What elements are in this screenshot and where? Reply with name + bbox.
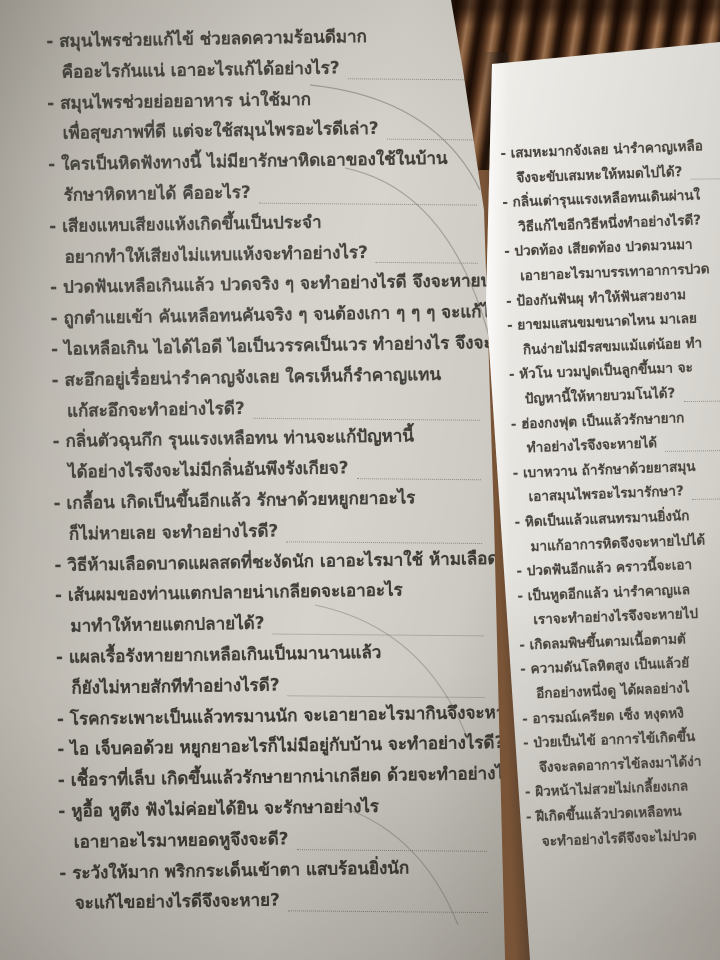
question-text: ก็ยังไม่หายสักทีทำอย่างไรดี? [71, 670, 280, 704]
question-line: - สะอึกอยู่เรื่อยน่ารำคาญจังเลย ใครเห็นก… [51, 359, 479, 397]
question-line: - เกิดลมพิษขึ้นตามเนื้อตามตั [519, 621, 720, 658]
question-line: - โรคกระเพาะเป็นแล้วทรมานนัก จะเอายาอะไร… [57, 698, 485, 736]
fill-in-line [253, 418, 480, 421]
question-text: เราจะทำอย่างไรจึงจะหายไป [533, 602, 699, 633]
question-text: - เสมหะมากจังเลย น่ารำคาญเหลือ [500, 134, 703, 166]
question-text: - กลิ่นตัวฉุนกึก รุนแรงเหลือทน ท่านจะแก้… [52, 422, 414, 458]
question-text: - ป่วยเป็นไข้ อาการไข้เกิดขึ้น [523, 725, 696, 756]
question-line: รักษาหิดหายได้ คืออะไร? [48, 174, 476, 212]
question-line: - ความดันโลหิตสูง เป็นแล้วยั [520, 645, 720, 682]
question-text: ได้อย่างไรจึงจะไม่มีกลิ่นอันพึงรังเกียจ? [68, 453, 349, 488]
question-text: เอาสมุนไพรอะไรมารักษา? [528, 480, 684, 511]
question-line: เราจะทำอย่างไรจึงจะหายไป [518, 596, 720, 633]
question-text: - ปวดฟันอีกแล้ว คราวนี้จะเอา [516, 553, 693, 584]
question-text: - สมุนไพรช่วยย่อยอาหาร น่าใช้มาก [47, 84, 311, 119]
question-line: - ไอเหลือเกิน ไอได้ไอดี ไอเป็นวรรคเป็นเว… [51, 328, 479, 366]
question-text: - ระวังให้มาก พริกกระเด็นเข้าตา แสบร้อนย… [59, 853, 409, 889]
question-text: อยากทำให้เสียงไม่แหบแห้งจะทำอย่างไร? [64, 238, 368, 274]
question-text: เอายาอะไรมาหยอดหูจึงจะดี? [74, 824, 289, 858]
left-page: - สมุนไพรช่วยแก้ไข้ ช่วยลดความร้อนดีมากค… [0, 0, 508, 960]
question-text: เอายาอะไรมาบรรเทาอาการปวด [520, 257, 710, 289]
question-line: - ระวังให้มาก พริกกระเด็นเข้าตา แสบร้อนย… [59, 852, 487, 890]
question-line: - ฮ่องกงฟุต เป็นแล้วรักษายาก [510, 400, 720, 437]
question-line: แก้สะอึกจะทำอย่างไรดี? [52, 390, 480, 428]
question-text: วิธีแก้ไขอีกวิธีหนึ่งทำอย่างไรดี? [518, 208, 702, 240]
question-line: - ปวดฟันเหลือเกินแล้ว ปวดจริง ๆ จะทำอย่า… [50, 267, 478, 305]
fill-in-line [376, 262, 478, 264]
question-text: - แผลเรื้อรังหายยากเหลือเกินเป็นมานานแล้… [56, 638, 382, 674]
page-curve-lines [310, 40, 510, 940]
question-line: - ป้องกันฟันผุ ทำให้ฟันสวยงาม [506, 277, 720, 314]
question-text: - สมุนไพรช่วยแก้ไข้ ช่วยลดความร้อนดีมาก [46, 22, 367, 58]
question-text: - เส้นผมของท่านแตกปลายน่าเกลียดจะเอาอะไร [55, 576, 403, 612]
left-page-question-list: - สมุนไพรช่วยแก้ไข้ ช่วยลดความร้อนดีมากค… [46, 20, 488, 920]
question-line: ปัญหานี้ให้หายบวมโนได้? [509, 375, 720, 412]
question-line: มาแก้อาการหิดจึงจะหายไปได้ [515, 523, 720, 560]
question-text: - กลิ่นเต่ารุนแรงเหลือทนเดินผ่านใ [502, 184, 701, 216]
question-text: - หูอื้อ หูตึง ฟังไม่ค่อยได้ยิน จะรักษาอ… [58, 792, 379, 828]
question-line: ก็ไม่หายเลย จะทำอย่างไรดี? [54, 513, 482, 551]
question-text: - ปวดท้อง เสียดท้อง ปวดมวนมา [504, 233, 693, 265]
question-text: - ป้องกันฟันผุ ทำให้ฟันสวยงาม [506, 283, 687, 314]
fill-in-line [273, 633, 484, 636]
question-line: คืออะไรกันแน่ เอาอะไรแก้ได้อย่างไร? [46, 51, 474, 89]
fill-in-line [288, 695, 485, 698]
question-text: ก็ไม่หายเลย จะทำอย่างไรดี? [69, 516, 279, 550]
question-text: - หิดเป็นแล้วแสนทรมานยิ่งนัก [514, 504, 690, 535]
question-line: เอายาอะไรมาบรรเทาอาการปวด [505, 252, 720, 289]
question-text: - ไอ เจ็บคอด้วย หยูกยาอะไรก็ไม่มีอยู่กับ… [57, 728, 505, 766]
question-text: - ฮ่องกงฟุต เป็นแล้วรักษายาก [510, 406, 684, 437]
question-text: - เกิดลมพิษขึ้นตามเนื้อตามตั [519, 627, 686, 658]
question-text: คืออะไรกันแน่ เอาอะไรแก้ได้อย่างไร? [61, 53, 339, 88]
question-line: กินง่ายไม่มีรสขมแม้แต่น้อย ทำ [508, 326, 720, 363]
fill-in-line [387, 139, 476, 141]
question-line: วิธีแก้ไขอีกวิธีหนึ่งทำอย่างไรดี? [503, 203, 720, 240]
question-line: - สมุนไพรช่วยย่อยอาหาร น่าใช้มาก [47, 82, 475, 120]
fill-in-line [357, 478, 481, 480]
question-text: - เชื้อราที่เล็บ เกิดขึ้นแล้วรักษายากน่า… [58, 759, 535, 797]
question-text: ปัญหานี้ให้หายบวมโนได้? [524, 381, 675, 411]
fill-in-line [348, 78, 475, 80]
question-text: - วิธีห้ามเลือดบาดแผลสดที่ชะงัดนัก เอาอะ… [54, 542, 572, 581]
fill-in-line [692, 497, 720, 500]
question-line: มาทำให้หายแตกปลายได้? [55, 605, 483, 643]
question-line: - ถูกตำแยเข้า คันเหลือทนคันจริง ๆ จนต้อง… [50, 297, 478, 335]
question-line: - ผิวหน้าไม่สวยไม่เกลี้ยงเกล [525, 768, 720, 805]
question-line: - เส้นผมของท่านแตกปลายน่าเกลียดจะเอาอะไร [55, 575, 483, 613]
question-line: เพื่อสุขภาพที่ดี แต่จะใช้สมุนไพรอะไรดีเล… [47, 113, 475, 151]
fill-in-line [288, 910, 488, 913]
question-text: - อารมณ์เครียด เซ็ง หงุดหงิ [522, 701, 685, 732]
question-line: - กลิ่นเต่ารุนแรงเหลือทนเดินผ่านใ [502, 178, 720, 215]
question-text: อีกอย่างหนึ่งดู ได้ผลอย่างไ [536, 676, 690, 706]
question-text: กินง่ายไม่มีรสขมแม้แต่น้อย ทำ [523, 331, 703, 362]
question-line: - เสียงแหบเสียงแห้งเกิดขึ้นเป็นประจำ [49, 205, 477, 243]
question-text: จึงจะขับเสมหะให้หมดไปได้? [516, 160, 683, 191]
question-text: มาทำให้หายแตกปลายได้? [70, 609, 265, 643]
question-line: - ปวดฟันอีกแล้ว คราวนี้จะเอา [516, 547, 720, 584]
question-line: จึงจะลดอาการไข้ลงมาได้ง่า [524, 744, 720, 781]
question-line: - เป็นหูดอีกแล้ว น่ารำคาญแล [517, 572, 720, 609]
question-text: - ผิวหน้าไม่สวยไม่เกลี้ยงเกล [525, 775, 689, 806]
question-line: - เกลื้อน เกิดเป็นขึ้นอีกแล้ว รักษาด้วยห… [53, 482, 481, 520]
fill-in-line [691, 177, 720, 180]
question-text: - เกลื้อน เกิดเป็นขึ้นอีกแล้ว รักษาด้วยห… [53, 483, 415, 519]
question-line: - หัวโน บวมปูดเป็นลูกขึ้นมา จะ [508, 351, 720, 388]
fill-in-line [297, 849, 487, 852]
question-line: - ฝีเกิดขึ้นแล้วปวดเหลือทน [525, 793, 720, 830]
fill-in-line [259, 202, 477, 205]
question-text: - ยาขมแสนขมขนาดไหน มาเลย [507, 307, 698, 339]
question-text: เพื่อสุขภาพที่ดี แต่จะใช้สมุนไพรอะไรดีเล… [62, 114, 379, 150]
question-line: - กลิ่นตัวฉุนกึก รุนแรงเหลือทน ท่านจะแก้… [52, 421, 480, 459]
question-line: - เบาหวาน ถ้ารักษาด้วยยาสมุน [512, 449, 720, 486]
question-text: จะทำอย่างไรดีจึงจะไม่ปวด [541, 824, 697, 855]
right-page-question-list: - เสมหะมากจังเลย น่ารำคาญเหลือจึงจะขับเส… [500, 129, 720, 854]
question-line: - เสมหะมากจังเลย น่ารำคาญเหลือ [500, 129, 720, 166]
question-text: - เสียงแหบเสียงแห้งเกิดขึ้นเป็นประจำ [49, 207, 322, 242]
question-text: - ไอเหลือเกิน ไอได้ไอดี ไอเป็นวรรคเป็นเว… [51, 327, 543, 366]
question-line: เอาสมุนไพรอะไรมารักษา? [513, 473, 720, 510]
question-line: - ยาขมแสนขมขนาดไหน มาเลย [507, 301, 720, 338]
question-line: - สมุนไพรช่วยแก้ไข้ ช่วยลดความร้อนดีมาก [46, 20, 474, 58]
question-text: - ความดันโลหิตสูง เป็นแล้วยั [520, 652, 690, 683]
fill-in-line [286, 541, 482, 544]
question-text: - ใครเป็นหิดฟังทางนี้ ไม่มียารักษาหิดเอา… [48, 144, 448, 181]
question-text: - เบาหวาน ถ้ารักษาด้วยยาสมุน [512, 454, 696, 486]
question-text: มาแก้อาการหิดจึงจะหายไปได้ [530, 528, 706, 559]
question-line: - หิดเป็นแล้วแสนทรมานยิ่งนัก [514, 498, 720, 535]
question-line: - แผลเรื้อรังหายยากเหลือเกินเป็นมานานแล้… [56, 636, 484, 674]
question-line: จะแก้ไขอย่างไรดีจึงจะหาย? [60, 882, 488, 920]
question-line: - ใครเป็นหิดฟังทางนี้ ไม่มียารักษาหิดเอา… [48, 143, 476, 181]
question-line: อีกอย่างหนึ่งดู ได้ผลอย่างไ [521, 670, 720, 707]
question-line: - อารมณ์เครียด เซ็ง หงุดหงิ [522, 695, 720, 732]
question-line: ทำอย่างไรจึงจะหายได้ [511, 424, 720, 461]
question-text: แก้สะอึกจะทำอย่างไรดี? [67, 393, 245, 427]
book-photo: - สมุนไพรช่วยแก้ไข้ ช่วยลดความร้อนดีมากค… [0, 0, 720, 960]
question-text: จะแก้ไขอย่างไรดีจึงจะหาย? [75, 886, 281, 920]
question-line: ได้อย่างไรจึงจะไม่มีกลิ่นอันพึงรังเกียจ? [53, 451, 481, 489]
question-text: ทำอย่างไรจึงจะหายได้ [526, 431, 657, 461]
question-text: - สะอึกอยู่เรื่อยน่ารำคาญจังเลย ใครเห็นก… [51, 360, 441, 397]
fill-in-line [684, 398, 720, 401]
question-text: - ปวดฟันเหลือเกินแล้ว ปวดจริง ๆ จะทำอย่า… [50, 266, 512, 304]
question-line: - ปวดท้อง เสียดท้อง ปวดมวนมา [504, 228, 720, 265]
question-line: - ป่วยเป็นไข้ อาการไข้เกิดขึ้น [523, 719, 720, 756]
fill-in-line [665, 448, 720, 451]
question-text: - เป็นหูดอีกแล้ว น่ารำคาญแล [517, 578, 690, 609]
question-line: อยากทำให้เสียงไม่แหบแห้งจะทำอย่างไร? [49, 236, 477, 274]
question-text: จึงจะลดอาการไข้ลงมาได้ง่า [539, 750, 702, 781]
question-line: จึงจะขับเสมหะให้หมดไปได้? [501, 154, 720, 191]
question-text: - โรคกระเพาะเป็นแล้วทรมานนัก จะเอายาอะไร… [57, 697, 548, 736]
question-line: เอายาอะไรมาหยอดหูจึงจะดี? [59, 821, 487, 859]
question-text: - ฝีเกิดขึ้นแล้วปวดเหลือทน [525, 800, 682, 831]
question-line: จะทำอย่างไรดีจึงจะไม่ปวด [526, 817, 720, 854]
question-line: - เชื้อราที่เล็บ เกิดขึ้นแล้วรักษายากน่า… [58, 759, 486, 797]
question-text: - หัวโน บวมปูดเป็นลูกขึ้นมา จะ [508, 356, 693, 388]
question-line: - หูอื้อ หูตึง ฟังไม่ค่อยได้ยิน จะรักษาอ… [58, 790, 486, 828]
question-text: รักษาหิดหายได้ คืออะไร? [63, 178, 251, 212]
question-line: ก็ยังไม่หายสักทีทำอย่างไรดี? [56, 667, 484, 705]
question-line: - วิธีห้ามเลือดบาดแผลสดที่ชะงัดนัก เอาอะ… [54, 544, 482, 582]
question-line: - ไอ เจ็บคอด้วย หยูกยาอะไรก็ไม่มีอยู่กับ… [57, 729, 485, 767]
